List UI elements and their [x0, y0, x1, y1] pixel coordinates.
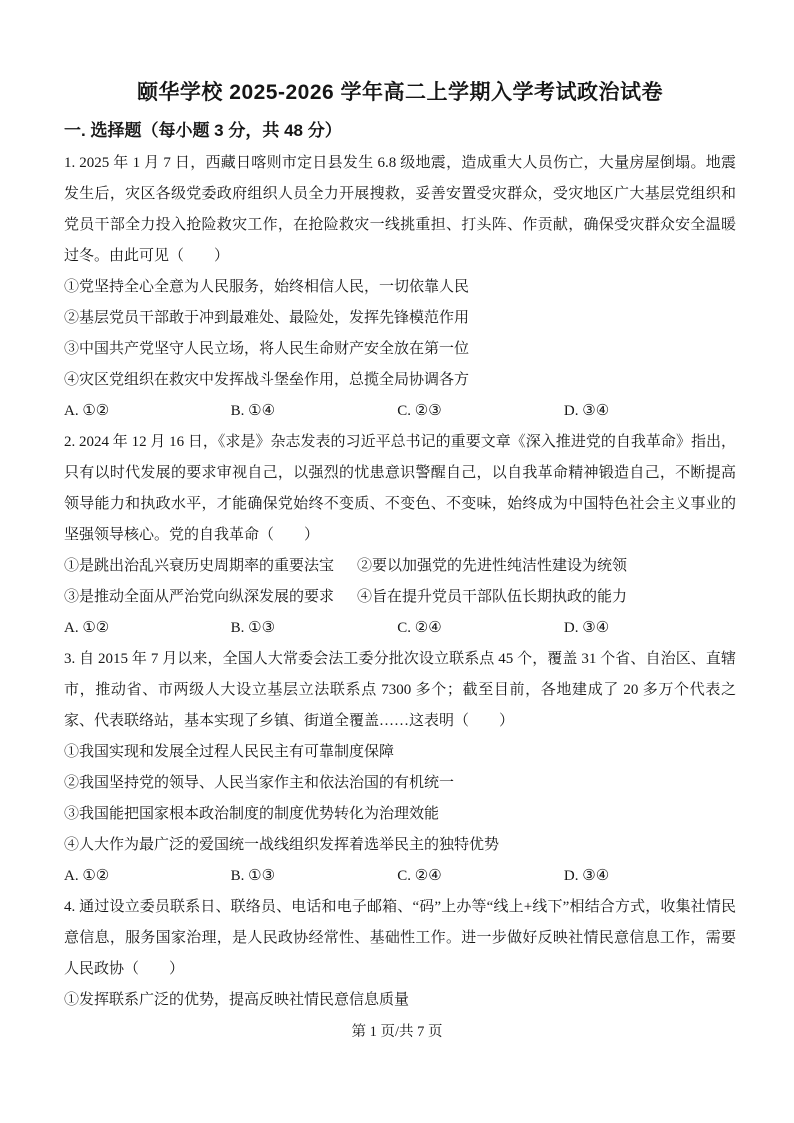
question-3-choice-b: B. ①③ [231, 861, 398, 892]
question-2-option-3: ③是推动全面从严治党向纵深发展的要求 [64, 582, 357, 613]
question-2: 2. 2024 年 12 月 16 日，《求是》杂志发表的习近平总书记的重要文章… [64, 427, 736, 644]
question-1-choice-row: A. ①② B. ①④ C. ②③ D. ③④ [64, 396, 736, 427]
question-2-option-1: ①是跳出治乱兴衰历史周期率的重要法宝 [64, 551, 357, 582]
question-3-stem: 3. 自 2015 年 7 月以来，全国人大常委会法工委分批次设立联系点 45 … [64, 644, 736, 737]
question-2-choice-a: A. ①② [64, 613, 231, 644]
question-2-choice-c: C. ②④ [397, 613, 564, 644]
question-2-option-4: ④旨在提升党员干部队伍长期执政的能力 [357, 582, 736, 613]
page-title: 颐华学校 2025-2026 学年高二上学期入学考试政治试卷 [64, 80, 736, 106]
question-1-choice-d: D. ③④ [564, 396, 609, 427]
question-3-option-3: ③我国能把国家根本政治制度的制度优势转化为治理效能 [64, 799, 736, 830]
question-1-option-3: ③中国共产党坚守人民立场，将人民生命财产安全放在第一位 [64, 334, 736, 365]
question-3-choice-c: C. ②④ [397, 861, 564, 892]
question-2-option-row-1: ①是跳出治乱兴衰历史周期率的重要法宝 ②要以加强党的先进性纯洁性建设为统领 [64, 551, 736, 582]
question-3-option-1: ①我国实现和发展全过程人民民主有可靠制度保障 [64, 737, 736, 768]
question-4-option-1: ①发挥联系广泛的优势，提高反映社情民意信息质量 [64, 985, 736, 1016]
question-2-choice-b: B. ①③ [231, 613, 398, 644]
question-3-option-2: ②我国坚持党的领导、人民当家作主和依法治国的有机统一 [64, 768, 736, 799]
page-footer: 第 1 页/共 7 页 [0, 1022, 794, 1042]
section-heading: 一. 选择题（每小题 3 分，共 48 分） [64, 120, 736, 142]
question-4-stem: 4. 通过设立委员联系日、联络员、电话和电子邮箱、“码”上办等“线上+线下”相结… [64, 892, 736, 985]
question-1-option-4: ④灾区党组织在救灾中发挥战斗堡垒作用，总揽全局协调各方 [64, 365, 736, 396]
question-1-choice-b: B. ①④ [231, 396, 398, 427]
exam-content: 颐华学校 2025-2026 学年高二上学期入学考试政治试卷 一. 选择题（每小… [0, 0, 794, 1016]
question-3-choice-d: D. ③④ [564, 861, 609, 892]
question-1-option-1: ①党坚持全心全意为人民服务，始终相信人民，一切依靠人民 [64, 272, 736, 303]
question-2-choice-d: D. ③④ [564, 613, 609, 644]
question-2-option-2: ②要以加强党的先进性纯洁性建设为统领 [357, 551, 736, 582]
question-2-option-row-2: ③是推动全面从严治党向纵深发展的要求 ④旨在提升党员干部队伍长期执政的能力 [64, 582, 736, 613]
question-4: 4. 通过设立委员联系日、联络员、电话和电子邮箱、“码”上办等“线上+线下”相结… [64, 892, 736, 1016]
question-1-option-2: ②基层党员干部敢于冲到最难处、最险处，发挥先锋模范作用 [64, 303, 736, 334]
question-3: 3. 自 2015 年 7 月以来，全国人大常委会法工委分批次设立联系点 45 … [64, 644, 736, 892]
question-1-choice-a: A. ①② [64, 396, 231, 427]
question-3-option-4: ④人大作为最广泛的爱国统一战线组织发挥着选举民主的独特优势 [64, 830, 736, 861]
question-1-stem: 1. 2025 年 1 月 7 日，西藏日喀则市定日县发生 6.8 级地震，造成… [64, 148, 736, 272]
question-1-choice-c: C. ②③ [397, 396, 564, 427]
question-3-choice-a: A. ①② [64, 861, 231, 892]
exam-page: 颐华学校 2025-2026 学年高二上学期入学考试政治试卷 一. 选择题（每小… [0, 0, 794, 1123]
question-1: 1. 2025 年 1 月 7 日，西藏日喀则市定日县发生 6.8 级地震，造成… [64, 148, 736, 427]
question-3-choice-row: A. ①② B. ①③ C. ②④ D. ③④ [64, 861, 736, 892]
question-2-stem: 2. 2024 年 12 月 16 日，《求是》杂志发表的习近平总书记的重要文章… [64, 427, 736, 551]
question-2-choice-row: A. ①② B. ①③ C. ②④ D. ③④ [64, 613, 736, 644]
